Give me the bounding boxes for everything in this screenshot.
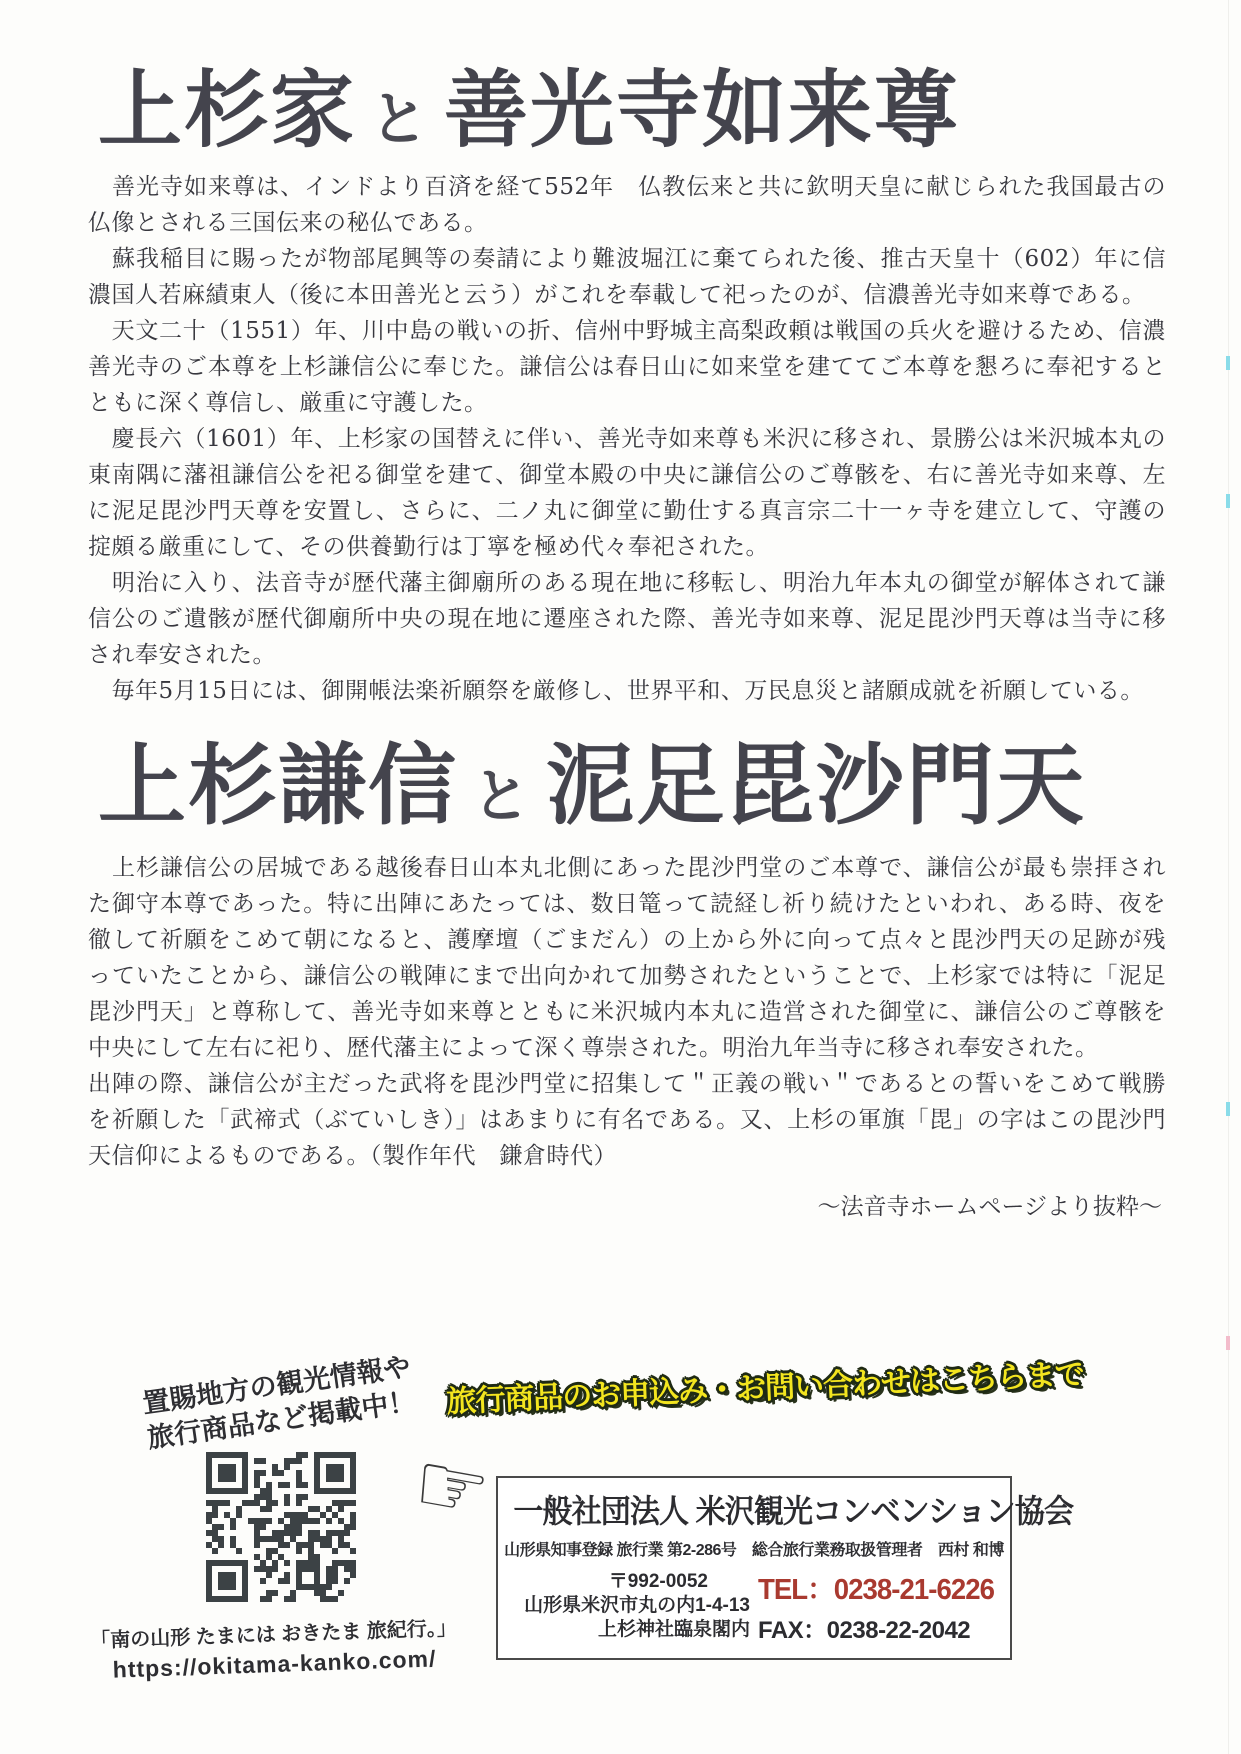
scan-artifact-tick: [1226, 494, 1230, 508]
address-line2: 上杉神社臨泉閣内: [498, 1618, 750, 1642]
fax-number: FAX：0238-22-2042: [758, 1610, 1010, 1645]
inquiry-banner: 旅行商品のお申込み・お問い合わせはこちらまで: [445, 1351, 1038, 1421]
section1-paragraph: 慶長六（1601）年、上杉家の国替えに伴い、善光寺如来尊も米沢に移され、景勝公は…: [88, 421, 1166, 565]
section1-paragraph: 毎年5月15日には、御開帳法楽祈願祭を厳修し、世界平和、万民息災と諸願成就を祈願…: [88, 673, 1166, 709]
section1-paragraph: 蘇我稲目に賜ったが物部尾興等の奏請により難波堀江に棄てられた後、推古天皇十（60…: [88, 241, 1166, 313]
section2-paragraph: 上杉謙信公の居城である越後春日山本丸北側にあった毘沙門堂のご本尊で、謙信公が最も…: [88, 850, 1166, 1066]
section2-paragraph: 出陣の際、謙信公が主だった武将を毘沙門堂に招集して＂正義の戦い＂であるとの誓いを…: [88, 1066, 1166, 1174]
qr-code: [206, 1452, 356, 1602]
source-attribution: ～法音寺ホームページより抜粋～: [88, 1188, 1166, 1221]
promo-bottom: 「南の山形 たまには おきたま 旅紀行。」 https://okitama-ka…: [83, 1611, 465, 1684]
postal-code: 〒992-0052: [498, 1570, 750, 1594]
scan-artifact-tick: [1226, 356, 1230, 370]
section1-paragraph: 明治に入り、法音寺が歴代藩主御廟所のある現在地に移転し、明治九年本丸の御堂が解体…: [88, 565, 1166, 673]
section1-title: 上杉家と善光寺如来尊: [98, 62, 1166, 159]
scan-artifact-tick: [1226, 1102, 1230, 1116]
section1-title-part1: 上杉家: [98, 60, 356, 159]
section2-title-connector: と: [458, 762, 546, 830]
address-block: 〒992-0052 山形県米沢市丸の内1-4-13 上杉神社臨泉閣内: [498, 1570, 758, 1641]
section1-title-connector: と: [356, 85, 444, 153]
section1-paragraph: 天文二十（1551）年、川中島の戦いの折、信州中野城主高梨政頼は戦国の兵火を避け…: [88, 313, 1166, 421]
contact-details: 〒992-0052 山形県米沢市丸の内1-4-13 上杉神社臨泉閣内 TEL：0…: [498, 1567, 1010, 1645]
organization-name: 一般社団法人 米沢観光コンベンション協会: [513, 1486, 994, 1532]
scanned-flyer-page: 上杉家と善光寺如来尊 善光寺如来尊は、インドより百済を経て552年 仏教伝来と共…: [0, 0, 1241, 1754]
section1-body: 善光寺如来尊は、インドより百済を経て552年 仏教伝来と共に欽明天皇に献じられた…: [88, 169, 1166, 709]
section2-body: 上杉謙信公の居城である越後春日山本丸北側にあった毘沙門堂のご本尊で、謙信公が最も…: [88, 850, 1166, 1174]
article-content: 上杉家と善光寺如来尊 善光寺如来尊は、インドより百済を経て552年 仏教伝来と共…: [88, 62, 1166, 1221]
section2-title: 上杉謙信と泥足毘沙門天: [98, 735, 1166, 836]
section1-paragraph: 善光寺如来尊は、インドより百済を経て552年 仏教伝来と共に欽明天皇に献じられた…: [88, 169, 1166, 241]
registration-line: 山形県知事登録 旅行業 第2-286号 総合旅行業務取扱管理者 西村 和博: [498, 1537, 1010, 1560]
section2-title-part1: 上杉謙信: [98, 733, 458, 837]
phone-block: TEL：0238-21-6226 FAX：0238-22-2042: [758, 1567, 1010, 1645]
scan-artifact-tick: [1226, 1336, 1230, 1350]
address-line1: 山形県米沢市丸の内1-4-13: [498, 1594, 750, 1618]
section1-title-part2: 善光寺如来尊: [444, 60, 960, 159]
contact-box: 一般社団法人 米沢観光コンベンション協会 山形県知事登録 旅行業 第2-286号…: [496, 1476, 1012, 1660]
promo-text: 置賜地方の観光情報や 旅行商品など掲載中！: [101, 1344, 457, 1462]
scan-artifact-line: [1228, 0, 1229, 1754]
tel-number: TEL：0238-21-6226: [758, 1567, 997, 1608]
pointing-hand-icon: ☞: [406, 1432, 497, 1542]
section2-title-part2: 泥足毘沙門天: [546, 733, 1086, 837]
